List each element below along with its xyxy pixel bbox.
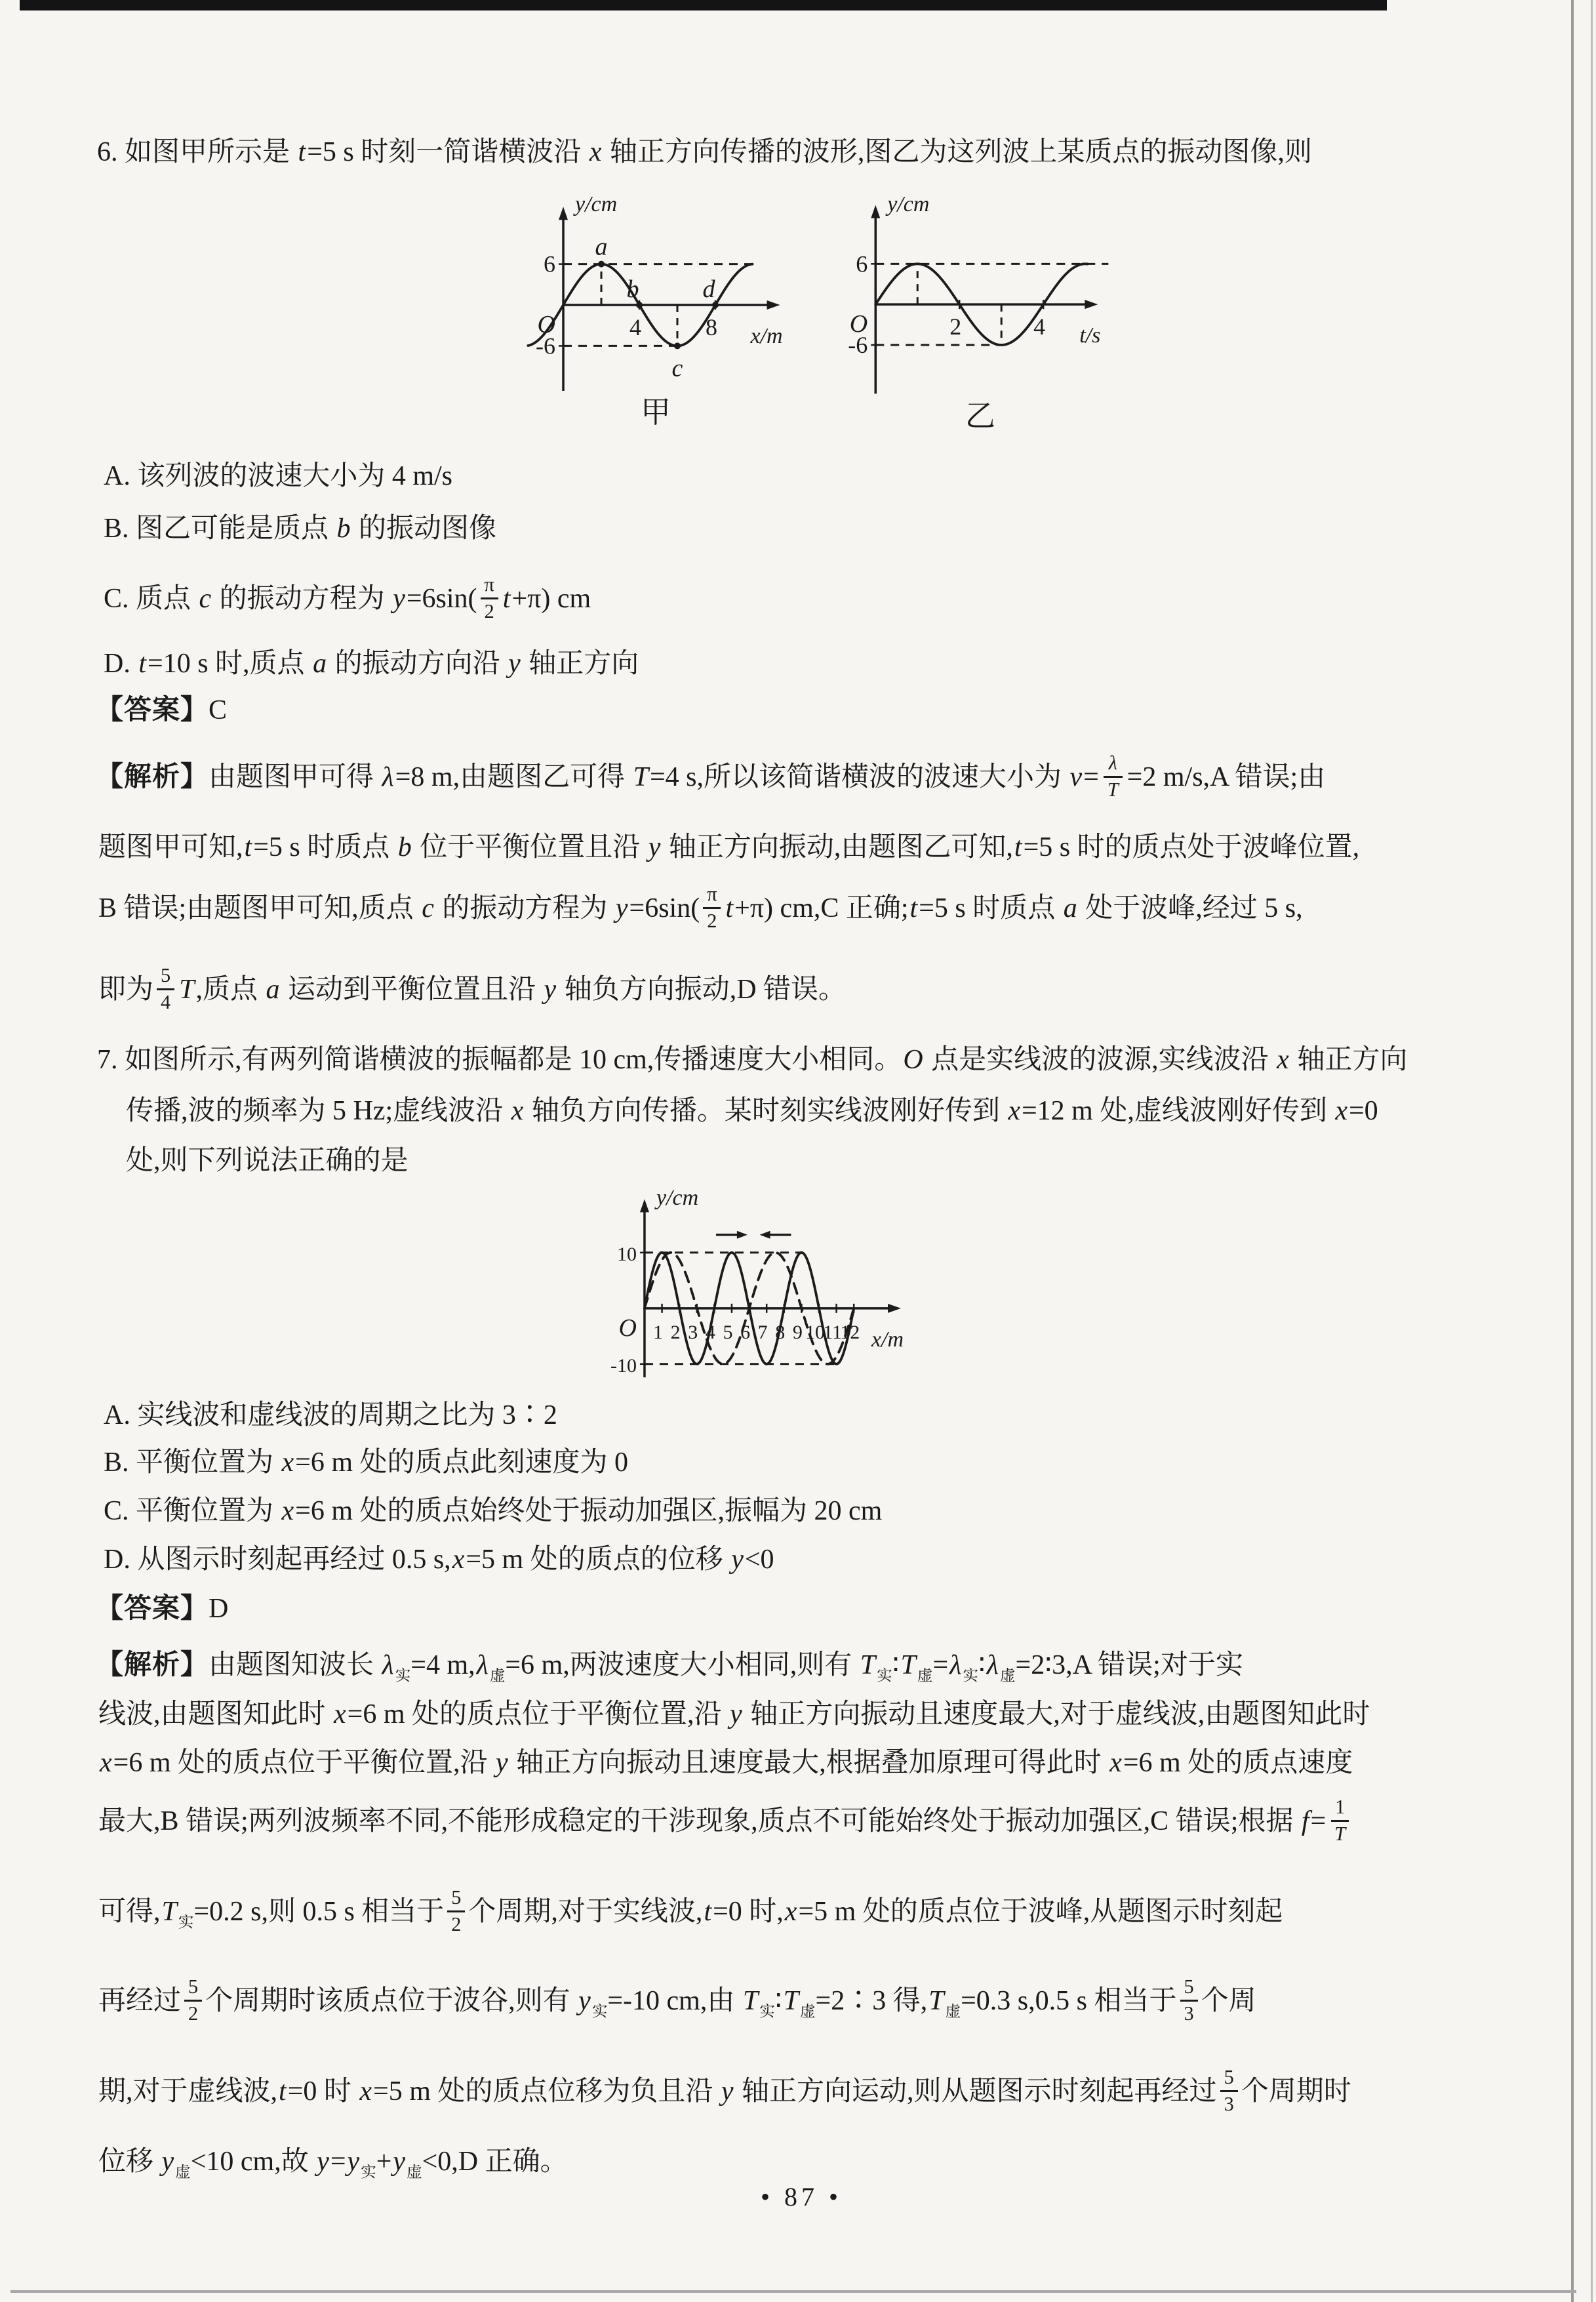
svg-text:d: d bbox=[702, 275, 715, 303]
svg-text:t/s: t/s bbox=[1079, 323, 1100, 348]
q6-answer: 【答案】C bbox=[96, 693, 227, 727]
svg-text:O: O bbox=[538, 311, 555, 338]
q6-figure-caption-yi: 乙 bbox=[934, 392, 1026, 435]
exam-page: 6. 如图甲所示是 t=5 s 时刻一简谐横波沿 x 轴正方向传播的波形,图乙为… bbox=[0, 0, 1596, 2302]
q7-answer: 【答案】D bbox=[96, 1591, 228, 1626]
q6-option-c: C. 质点 c 的振动方程为 y=6sin(π2t+π) cm bbox=[104, 577, 591, 624]
svg-text:O: O bbox=[619, 1314, 637, 1342]
q7-stem: 处,则下列说法正确的是 bbox=[126, 1144, 409, 1178]
svg-text:y/cm: y/cm bbox=[885, 192, 929, 216]
svg-text:3: 3 bbox=[688, 1322, 698, 1343]
q7-analysis-line: 最大,B 错误;两列波频率不同,不能形成稳定的干涉现象,质点不可能始终处于振动加… bbox=[98, 1800, 1354, 1847]
q6-option-b: B. 图乙可能是质点 b 的振动图像 bbox=[104, 512, 496, 546]
scan-right-edge-outer bbox=[1591, 0, 1593, 2302]
q6-analysis-line: 题图甲可知,t=5 s 时质点 b 位于平衡位置且沿 y 轴正方向振动,由题图乙… bbox=[98, 830, 1359, 864]
svg-text:b: b bbox=[626, 275, 639, 303]
scan-top-border bbox=[20, 0, 1387, 10]
scan-bottom-edge bbox=[10, 2290, 1576, 2293]
svg-text:9: 9 bbox=[793, 1322, 803, 1343]
q6-analysis-line: B 错误;由题图甲可知,质点 c 的振动方程为 y=6sin(π2t+π) cm… bbox=[98, 887, 1303, 934]
svg-text:7: 7 bbox=[758, 1322, 768, 1343]
svg-text:2: 2 bbox=[671, 1322, 681, 1343]
svg-text:y/cm: y/cm bbox=[654, 1186, 698, 1210]
q7-stem: 7. 如图所示,有两列简谐横波的振幅都是 10 cm,传播速度大小相同。O 点是… bbox=[97, 1043, 1407, 1077]
q7-option-b: B. 平衡位置为 x=6 m 处的质点此刻速度为 0 bbox=[104, 1445, 628, 1480]
q7-option-c: C. 平衡位置为 x=6 m 处的质点始终处于振动加强区,振幅为 20 cm bbox=[104, 1494, 882, 1528]
q6-option-d: D. t=10 s 时,质点 a 的振动方向沿 y 轴正方向 bbox=[104, 647, 639, 681]
scan-right-edge bbox=[1571, 0, 1574, 2302]
q6-figure-caption-jia: 甲 bbox=[610, 388, 702, 432]
q7-option-d: D. 从图示时刻起再经过 0.5 s,x=5 m 处的质点的位移 y<0 bbox=[104, 1543, 774, 1577]
svg-text:O: O bbox=[850, 310, 868, 338]
q7-analysis-line: 线波,由题图知此时 x=6 m 处的质点位于平衡位置,沿 y 轴正方向振动且速度… bbox=[98, 1697, 1370, 1731]
q7-analysis-line: 位移 y虚<10 cm,故 y=y实+y虚<0,D 正确。 bbox=[98, 2145, 568, 2179]
page-number: • 87 • bbox=[716, 2181, 887, 2212]
q7-two-waves-chart: 12345678910111210-10x/my/cmO bbox=[577, 1184, 944, 1400]
q6-analysis-line: 即为54T,质点 a 运动到平衡位置且沿 y 轴负方向振动,D 错误。 bbox=[98, 968, 846, 1015]
q7-analysis-line: 【解析】由题图知波长 λ实=4 m,λ虚=6 m,两波速度大小相同,则有 T实∶… bbox=[96, 1647, 1243, 1682]
q7-analysis-line: x=6 m 处的质点位于平衡位置,沿 y 轴正方向振动且速度最大,根据叠加原理可… bbox=[98, 1746, 1353, 1780]
svg-text:5: 5 bbox=[723, 1322, 732, 1343]
svg-text:y/cm: y/cm bbox=[573, 192, 617, 216]
svg-text:2: 2 bbox=[949, 313, 961, 340]
svg-text:c: c bbox=[672, 354, 683, 382]
q6-option-a: A. 该列波的波速大小为 4 m/s bbox=[104, 459, 452, 493]
q6-analysis-line: 【解析】由题图甲可得 λ=8 m,由题图乙可得 T=4 s,所以该简谐横波的波速… bbox=[96, 756, 1325, 803]
q7-analysis-line: 可得,T实=0.2 s,则 0.5 s 相当于52个周期,对于实线波,t=0 时… bbox=[98, 1890, 1283, 1937]
svg-text:x/m: x/m bbox=[749, 324, 782, 348]
svg-text:6: 6 bbox=[856, 251, 868, 277]
q6-stem: 6. 如图甲所示是 t=5 s 时刻一简谐横波沿 x 轴正方向传播的波形,图乙为… bbox=[97, 135, 1312, 169]
q7-analysis-line: 再经过52个周期时该质点位于波谷,则有 y实=-10 cm,由 T实∶T虚=2∶… bbox=[98, 1979, 1256, 2027]
svg-text:1: 1 bbox=[653, 1322, 663, 1343]
q7-option-a: A. 实线波和虚线波的周期之比为 3∶2 bbox=[104, 1398, 557, 1432]
svg-text:-10: -10 bbox=[610, 1355, 637, 1377]
q7-stem: 传播,波的频率为 5 Hz;虚线波沿 x 轴负方向传播。某时刻实线波刚好传到 x… bbox=[126, 1094, 1378, 1128]
q7-analysis-line: 期,对于虚线波,t=0 时 x=5 m 处的质点位移为负且沿 y 轴正方向运动,… bbox=[98, 2070, 1351, 2117]
svg-text:10: 10 bbox=[617, 1243, 637, 1265]
svg-text:a: a bbox=[595, 233, 608, 261]
svg-text:x/m: x/m bbox=[871, 1327, 904, 1352]
svg-text:4: 4 bbox=[629, 314, 641, 340]
svg-text:6: 6 bbox=[544, 251, 555, 277]
